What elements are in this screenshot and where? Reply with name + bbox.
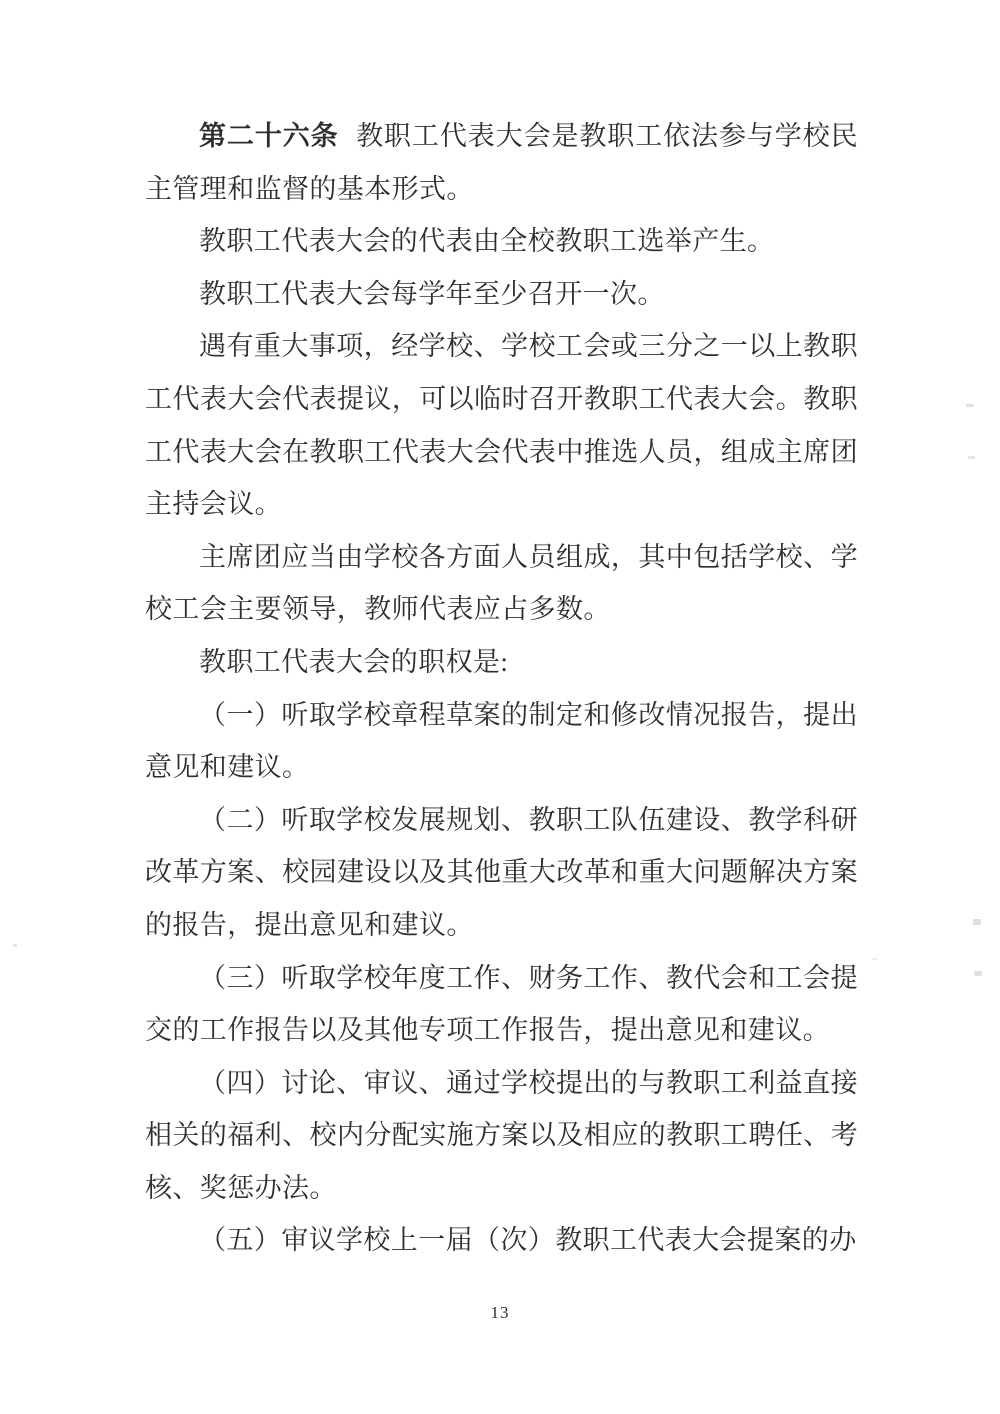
article-paragraph: 教职工代表大会每学年至少召开一次。 xyxy=(145,268,858,321)
article-list-item: （一）听取学校章程草案的制定和修改情况报告，提出意见和建议。 xyxy=(145,689,858,794)
scan-artifact xyxy=(974,971,982,976)
document-page: 第二十六条教职工代表大会是教职工依法参与学校民主管理和监督的基本形式。 教职工代… xyxy=(0,0,1000,1414)
scan-artifact xyxy=(966,404,974,407)
page-number: 13 xyxy=(0,1303,1000,1323)
article-number-label: 第二十六条 xyxy=(199,121,339,151)
article-list-item: （五）审议学校上一届（次）教职工代表大会提案的办 xyxy=(145,1214,858,1267)
scan-artifact xyxy=(973,919,981,925)
article-list-item: （四）讨论、审议、通过学校提出的与教职工利益直接相关的福利、校内分配实施方案以及… xyxy=(145,1057,858,1215)
article-paragraph: 主席团应当由学校各方面人员组成，其中包括学校、学校工会主要领导，教师代表应占多数… xyxy=(145,531,858,636)
scan-artifact xyxy=(13,944,17,947)
article-list-item: （二）听取学校发展规划、教职工队伍建设、教学科研改革方案、校园建设以及其他重大改… xyxy=(145,794,858,952)
article-body: 第二十六条教职工代表大会是教职工依法参与学校民主管理和监督的基本形式。 教职工代… xyxy=(145,110,858,1267)
article-paragraph: 教职工代表大会的职权是: xyxy=(145,636,858,689)
scan-artifact xyxy=(872,958,877,960)
article-paragraph: 教职工代表大会的代表由全校教职工选举产生。 xyxy=(145,215,858,268)
scan-artifact xyxy=(968,456,975,459)
article-paragraph: 遇有重大事项，经学校、学校工会或三分之一以上教职工代表大会代表提议，可以临时召开… xyxy=(145,320,858,530)
article-paragraph: 第二十六条教职工代表大会是教职工依法参与学校民主管理和监督的基本形式。 xyxy=(145,110,858,215)
article-list-item: （三）听取学校年度工作、财务工作、教代会和工会提交的工作报告以及其他专项工作报告… xyxy=(145,952,858,1057)
